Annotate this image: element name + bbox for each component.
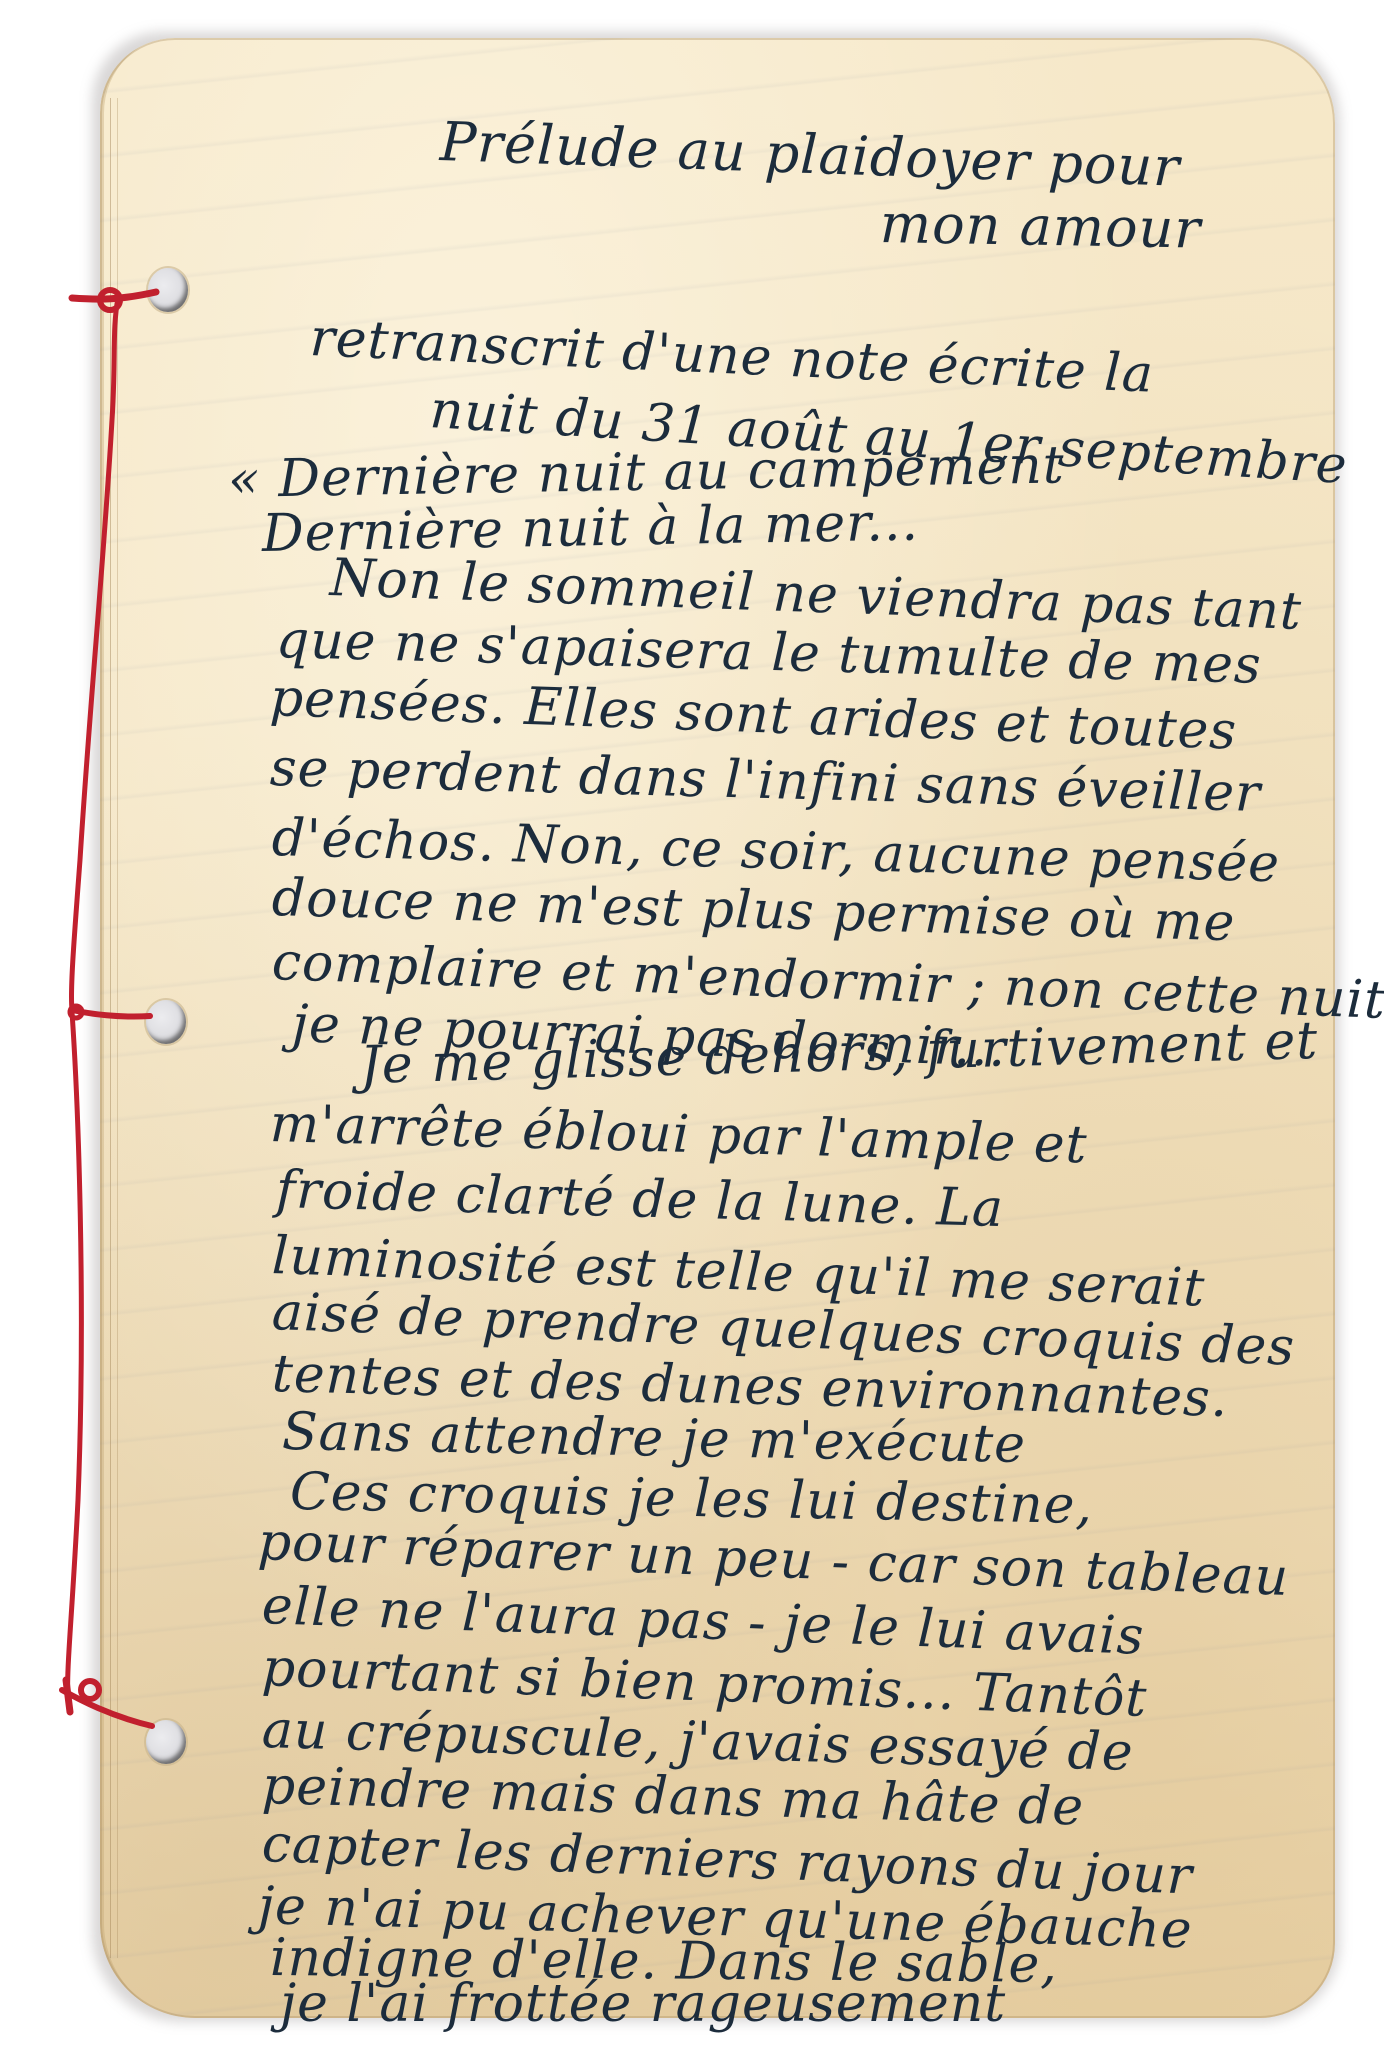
body-line: je l'ai frottée rageusement (280, 1974, 1006, 2034)
body-line: froide clarté de la lune. La (275, 1160, 1004, 1239)
manuscript-text: Prélude au plaidoyer pour mon amour retr… (0, 0, 1384, 2048)
title-line-2: mon amour (879, 192, 1201, 261)
title-line-1: Prélude au plaidoyer pour (439, 110, 1181, 199)
